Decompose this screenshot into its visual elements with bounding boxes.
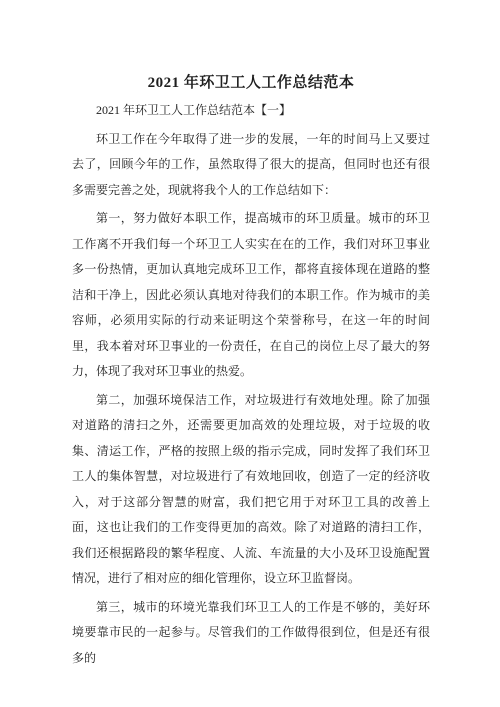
paragraph-third-point: 第三，城市的环境光靠我们环卫工人的工作是不够的，美好环境要靠市民的一起参与。尽管… bbox=[72, 595, 430, 672]
document-page: 2021 年环卫工人工作总结范本 2021 年环卫工人工作总结范本【一】 环卫工… bbox=[0, 0, 500, 707]
document-content: 2021 年环卫工人工作总结范本 2021 年环卫工人工作总结范本【一】 环卫工… bbox=[0, 72, 500, 671]
paragraph-first-point: 第一，努力做好本职工作，提高城市的环卫质量。城市的环卫工作离不开我们每一个环卫工… bbox=[72, 206, 430, 385]
document-title: 2021 年环卫工人工作总结范本 bbox=[72, 72, 430, 94]
paragraph-intro: 环卫工作在今年取得了进一步的发展，一年的时间马上又要过去了，回顾今年的工作，虽然… bbox=[72, 127, 430, 204]
section-heading: 2021 年环卫工人工作总结范本【一】 bbox=[72, 98, 430, 124]
paragraph-second-point: 第二，加强环境保洁工作，对垃圾进行有效地处理。除了加强对道路的清扫之外，还需要更… bbox=[72, 388, 430, 592]
